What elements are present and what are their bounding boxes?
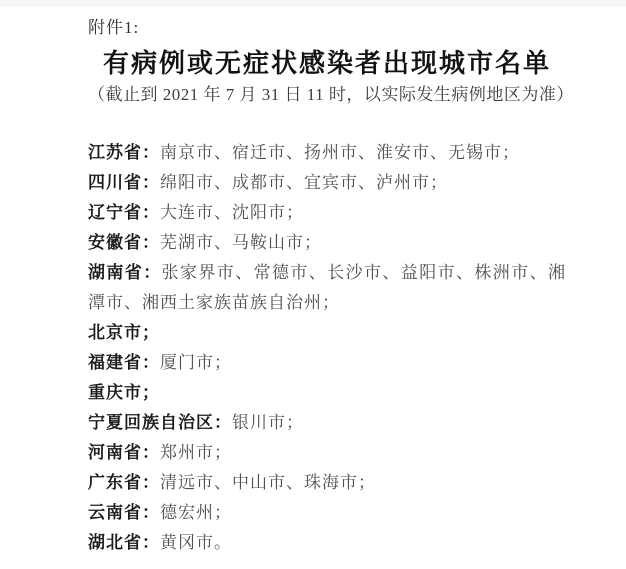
region-name: 安徽省： (88, 233, 160, 252)
region-entry: 湖南省：张家界市、常德市、长沙市、益阳市、株洲市、湘潭市、湘西土家族苗族自治州； (88, 258, 566, 318)
page-top-edge (0, 0, 626, 7)
region-name: 河南省： (88, 443, 160, 462)
document-title: 有病例或无症状感染者出现城市名单 (88, 46, 566, 82)
city-names: 银川市； (232, 413, 304, 432)
region-name: 四川省： (88, 173, 160, 192)
city-names: 南京市、宿迁市、扬州市、淮安市、无锡市； (160, 143, 520, 162)
region-entry: 湖北省：黄冈市。 (88, 528, 566, 558)
region-entry: 重庆市； (88, 378, 566, 408)
region-name: 江苏省： (88, 143, 160, 162)
region-name: 云南省： (88, 503, 160, 522)
city-names: 绵阳市、成都市、宜宾市、泸州市； (160, 173, 448, 192)
region-entry: 广东省：清远市、中山市、珠海市； (88, 468, 566, 498)
city-names: 芜湖市、马鞍山市； (160, 233, 322, 252)
region-name: 广东省： (88, 473, 160, 492)
document-page: 附件1: 有病例或无症状感染者出现城市名单 （截止到 2021 年 7 月 31… (0, 0, 626, 569)
region-name: 辽宁省： (88, 203, 160, 222)
region-entry: 江苏省：南京市、宿迁市、扬州市、淮安市、无锡市； (88, 138, 566, 168)
city-names: 黄冈市。 (160, 533, 232, 552)
city-names: 德宏州； (160, 503, 232, 522)
region-entry: 北京市； (88, 318, 566, 348)
attachment-label: 附件1: (88, 16, 566, 40)
region-name: 湖南省： (88, 263, 162, 282)
region-name: 重庆市； (88, 383, 160, 402)
city-names: 大连市、沈阳市； (160, 203, 304, 222)
city-names: 厦门市； (160, 353, 232, 372)
region-name: 福建省： (88, 353, 160, 372)
region-entry: 辽宁省：大连市、沈阳市； (88, 198, 566, 228)
region-entry: 福建省：厦门市； (88, 348, 566, 378)
region-list: 江苏省：南京市、宿迁市、扬州市、淮安市、无锡市； 四川省：绵阳市、成都市、宜宾市… (88, 138, 566, 558)
region-name: 宁夏回族自治区： (88, 413, 232, 432)
region-name: 北京市； (88, 323, 160, 342)
city-names: 清远市、中山市、珠海市； (160, 473, 376, 492)
city-names: 郑州市； (160, 443, 232, 462)
region-entry: 四川省：绵阳市、成都市、宜宾市、泸州市； (88, 168, 566, 198)
document-subtitle: （截止到 2021 年 7 月 31 日 11 时，以实际发生病例地区为准） (88, 82, 566, 108)
region-entry: 安徽省：芜湖市、马鞍山市； (88, 228, 566, 258)
region-entry: 河南省：郑州市； (88, 438, 566, 468)
region-entry: 云南省：德宏州； (88, 498, 566, 528)
region-entry: 宁夏回族自治区：银川市； (88, 408, 566, 438)
region-name: 湖北省： (88, 533, 160, 552)
